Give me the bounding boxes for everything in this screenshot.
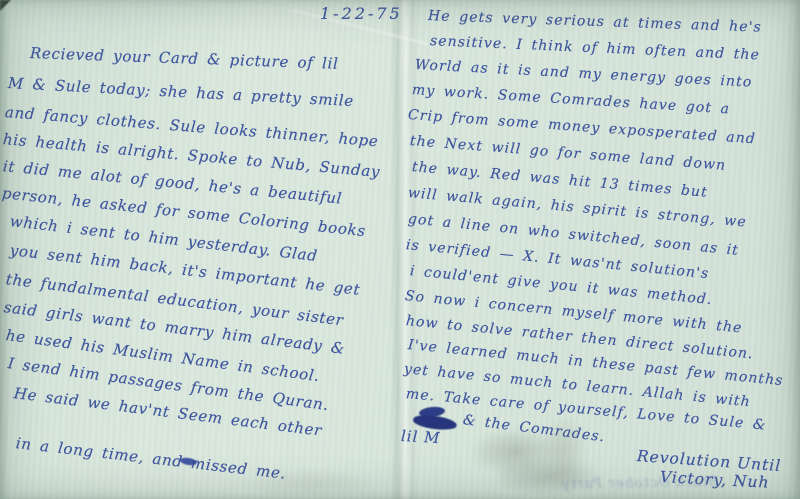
letter-date: 1-22-75 — [320, 4, 403, 23]
postscript-initials: lil M — [401, 427, 441, 447]
bleed-through-text: Black October Party — [483, 474, 718, 494]
handwritten-line: M & Sule today; she has a pretty smile — [8, 74, 355, 110]
handwritten-line: sensitive. I think of him often and the — [430, 33, 761, 63]
pencil-smudge — [240, 468, 380, 498]
handwritten-line: He gets very serious at times and he's — [428, 8, 762, 36]
handwritten-letter-scan: 1-22-75 Recieved your Card & picture of … — [0, 0, 800, 499]
handwritten-line: Recieved your Card & picture of lil — [30, 44, 339, 73]
corner-fold-mark — [0, 0, 11, 11]
